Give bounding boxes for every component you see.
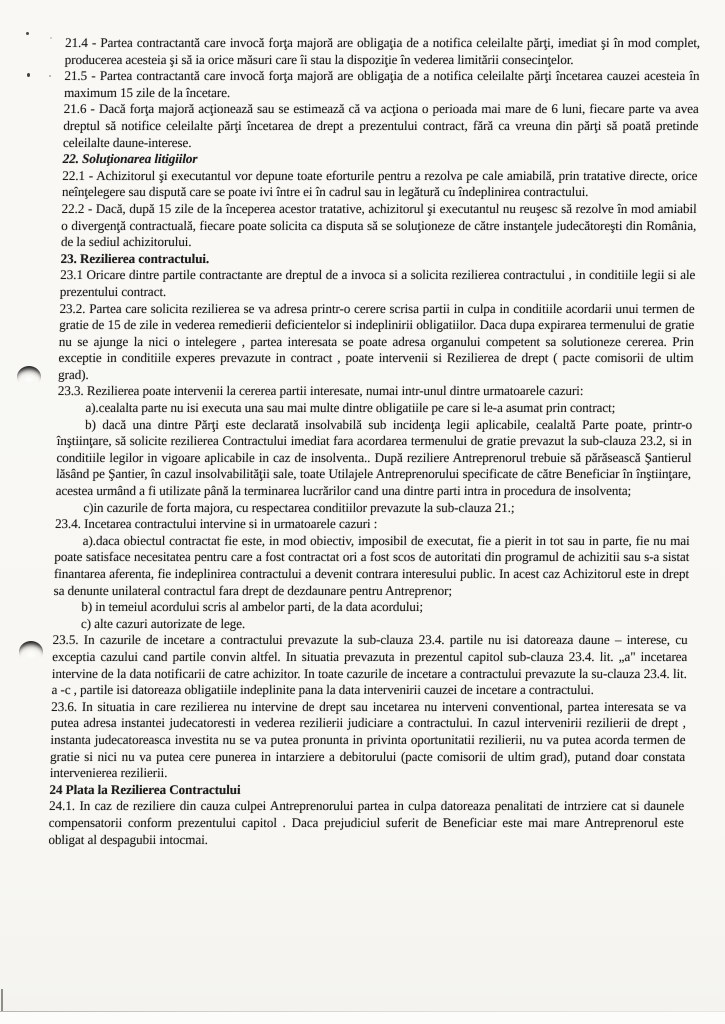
clause-23-3: 23.3. Rezilierea poate intervenii la cer…: [58, 383, 693, 400]
scanned-page: 21.4 - Partea contractantă care invocă f…: [0, 0, 725, 1024]
section-heading-23: 23. Rezilierea contractului.: [60, 251, 695, 268]
clause-23-2: 23.2. Partea care solicita rezilierea se…: [58, 301, 695, 384]
section-heading-24: 24 Plata la Rezilierea Contractului: [49, 782, 684, 799]
clause-23-1: 23.1 Oricare dintre partile contractante…: [60, 267, 696, 300]
clause-23-4-b: b) in temeiul acordului scris al ambelor…: [53, 599, 688, 616]
scan-edge-margin: [0, 1012, 725, 1024]
clause-23-4-c: c) alte cazuri autorizate de lege.: [53, 616, 688, 633]
clause-24-1: 24.1. In caz de reziliere din cauza culp…: [48, 798, 684, 848]
clause-23-4-a: a).daca obiectul contractat fie este, in…: [53, 533, 689, 599]
clause-21-5: 21.5 - Partea contractantă care invocă f…: [64, 68, 700, 101]
clause-23-3-a: a).cealalta parte nu isi executa una sau…: [57, 400, 692, 417]
clause-21-6: 21.6 - Dacă forţa majoră acţionează sau …: [63, 101, 699, 151]
section-heading-22: 22. Soluţionarea litigiilor: [62, 151, 697, 168]
clause-23-6: 23.6. In situatia in care rezilierea nu …: [50, 699, 687, 782]
clause-23-4: 23.4. Incetarea contractului intervine s…: [55, 516, 690, 533]
clause-23-3-c: c)in cazurile de forta majora, cu respec…: [55, 500, 690, 517]
scan-edge-left: [1, 989, 3, 1012]
clause-23-3-b: b) dacă una dintre Părţi este declarată …: [56, 417, 693, 500]
clause-22-1: 22.1 - Achizitorul şi executantul vor de…: [62, 168, 698, 201]
clause-22-2: 22.2 - Dacă, după 15 zile de la începere…: [61, 201, 697, 251]
clause-23-5: 23.5. In cazurile de incetare a contract…: [51, 632, 687, 698]
contract-text-block: 21.4 - Partea contractantă care invocă f…: [0, 0, 725, 848]
clause-21-4: 21.4 - Partea contractantă care invocă f…: [65, 35, 701, 68]
